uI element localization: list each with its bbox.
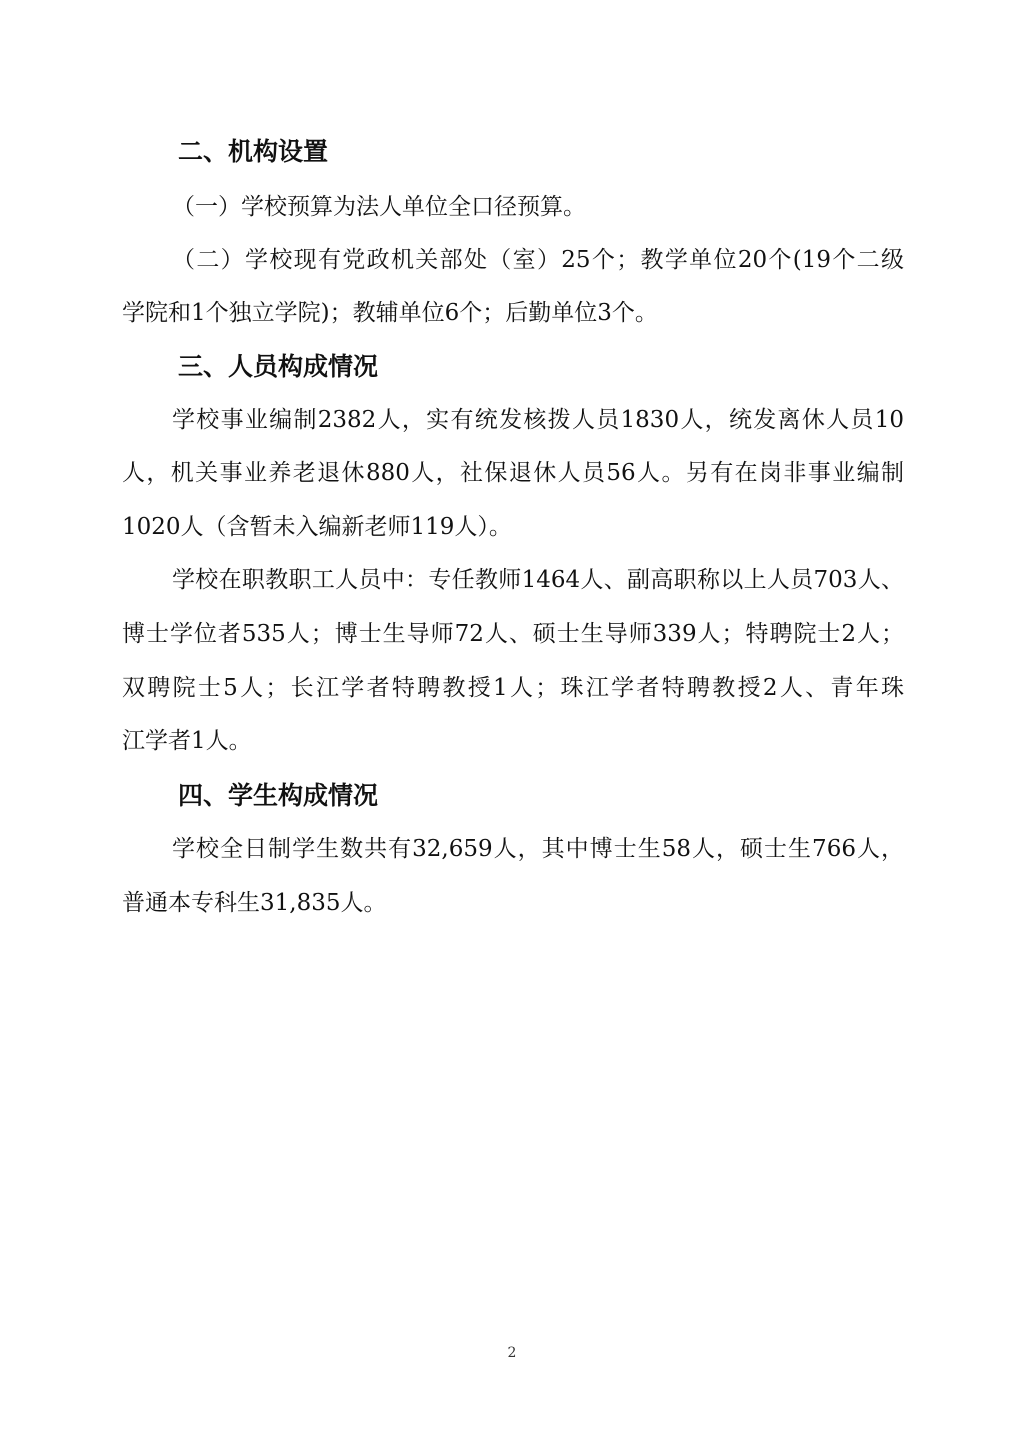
paragraph-line: 双聘院士5人；长江学者特聘教授1人；珠江学者特聘教授2人、青年珠 — [122, 673, 904, 703]
section-heading-students: 四、学生构成情况 — [178, 781, 378, 811]
paragraph-line: 学校全日制学生数共有32,659人，其中博士生58人，硕士生766人， — [172, 834, 904, 864]
paragraph-line: 学校事业编制2382人，实有统发核拨人员1830人，统发离休人员10 — [172, 405, 904, 435]
paragraph-line: 学院和1个独立学院)；教辅单位6个；后勤单位3个。 — [122, 298, 658, 328]
paragraph-line: 江学者1人。 — [122, 726, 252, 756]
section-heading-staff: 三、人员构成情况 — [178, 352, 378, 382]
paragraph-line: 博士学位者535人；博士生导师72人、硕士生导师339人；特聘院士2人； — [122, 619, 904, 649]
paragraph-line: 人，机关事业养老退休880人，社保退休人员56人。另有在岗非事业编制 — [122, 458, 904, 488]
section-heading-organization: 二、机构设置 — [178, 137, 328, 167]
paragraph-line: （一）学校预算为法人单位全口径预算。 — [172, 192, 586, 222]
paragraph-line: 1020人（含暂未入编新老师119人）。 — [122, 512, 512, 542]
page-number: 2 — [0, 1345, 1024, 1361]
paragraph-line: 学校在职教职工人员中：专任教师1464人、副高职称以上人员703人、 — [172, 565, 904, 595]
paragraph-line: 普通本专科生31,835人。 — [122, 888, 386, 918]
paragraph-line: （二）学校现有党政机关部处（室）25个；教学单位20个(19个二级 — [172, 245, 904, 275]
